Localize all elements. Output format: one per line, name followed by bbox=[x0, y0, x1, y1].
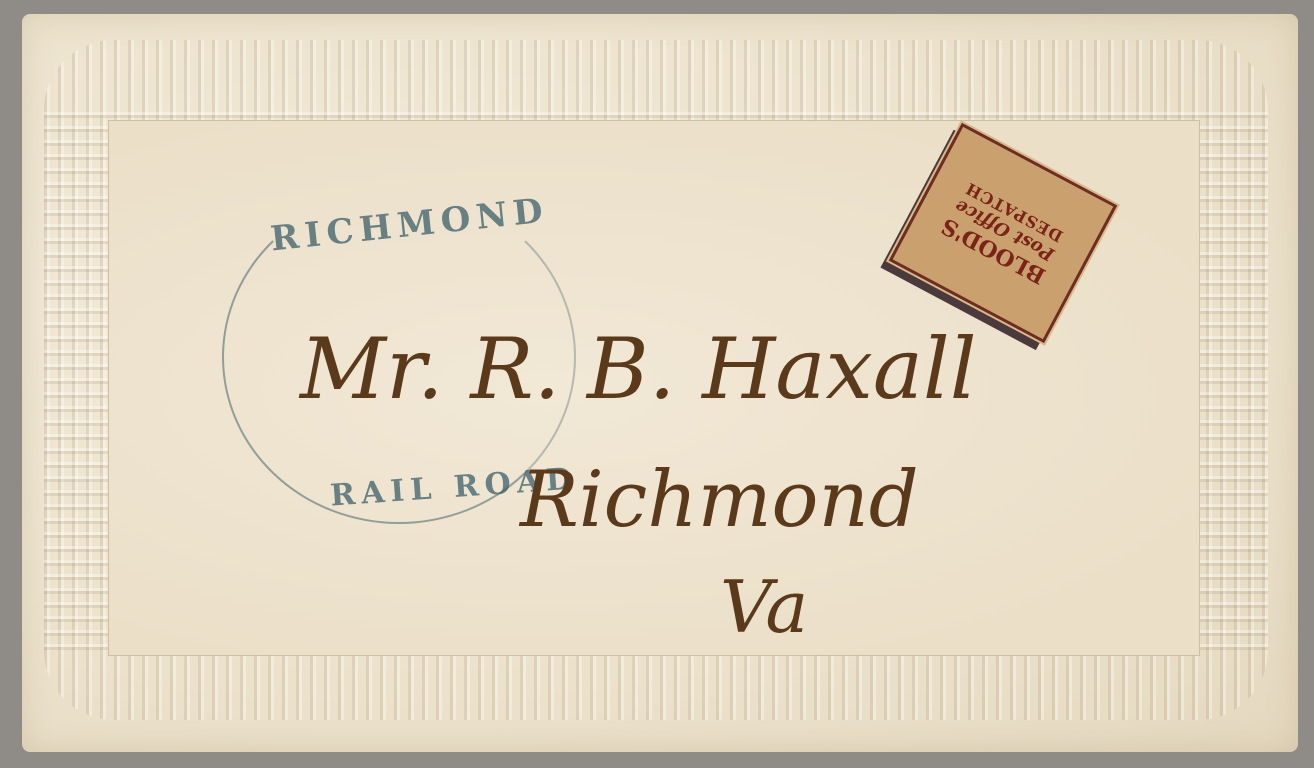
address-state: Va bbox=[720, 565, 808, 649]
address-city: Richmond bbox=[520, 455, 919, 545]
address-recipient: Mr. R. B. Haxall bbox=[300, 320, 977, 418]
